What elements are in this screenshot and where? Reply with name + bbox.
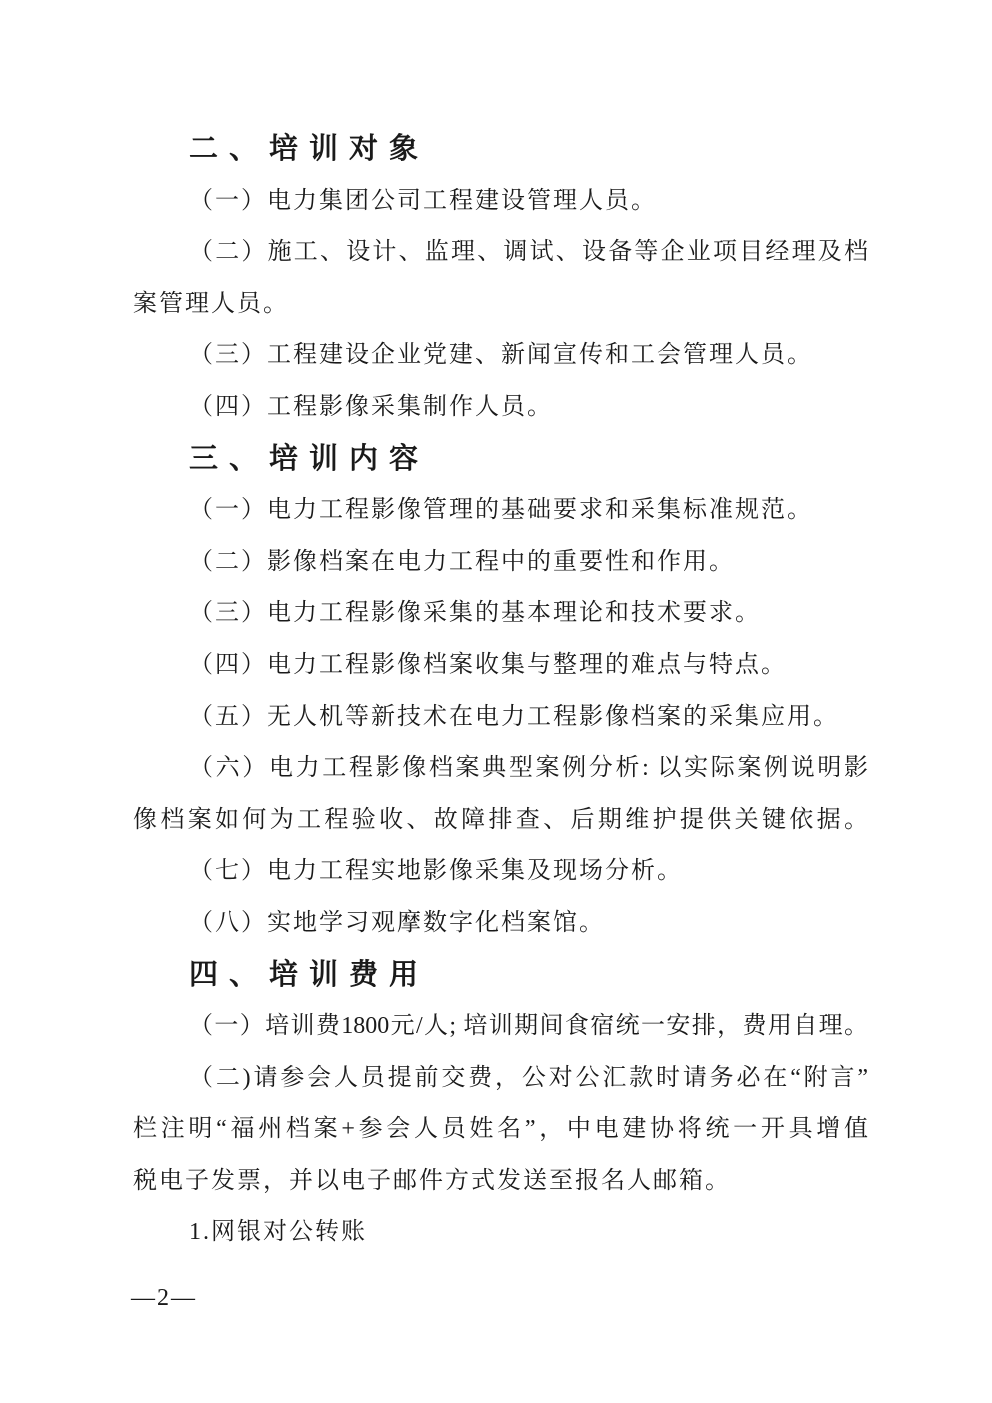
paragraph-line: （二）影像档案在电力工程中的重要性和作用。 bbox=[133, 537, 868, 589]
paragraph-line: （二)请参会人员提前交费，公对公汇款时请务必在“附言” bbox=[133, 1053, 868, 1105]
page-number: —2— bbox=[131, 1283, 197, 1313]
paragraph-line: （三）工程建设企业党建、新闻宣传和工会管理人员。 bbox=[133, 330, 868, 382]
paragraph-line: 1.网银对公转账 bbox=[133, 1207, 868, 1259]
section-heading: 二、培训对象 bbox=[133, 124, 868, 176]
paragraph-line: 像档案如何为工程验收、故障排查、后期维护提供关键依据。 bbox=[133, 795, 868, 847]
document-page: 二、培训对象（一）电力集团公司工程建设管理人员。（二）施工、设计、监理、调试、设… bbox=[0, 0, 992, 1403]
paragraph-line: （五）无人机等新技术在电力工程影像档案的采集应用。 bbox=[133, 692, 868, 744]
paragraph-line: （七）电力工程实地影像采集及现场分析。 bbox=[133, 846, 868, 898]
paragraph-line: （一）培训费1800元/人; 培训期间食宿统一安排，费用自理。 bbox=[133, 1001, 868, 1053]
paragraph-line: 税电子发票，并以电子邮件方式发送至报名人邮箱。 bbox=[133, 1156, 868, 1208]
paragraph-line: 栏注明“福州档案+参会人员姓名”，中电建协将统一开具增值 bbox=[133, 1104, 868, 1156]
paragraph-line: （六）电力工程影像档案典型案例分析: 以实际案例说明影 bbox=[133, 743, 868, 795]
paragraph-line: （一）电力工程影像管理的基础要求和采集标准规范。 bbox=[133, 485, 868, 537]
document-content: 二、培训对象（一）电力集团公司工程建设管理人员。（二）施工、设计、监理、调试、设… bbox=[133, 124, 868, 1259]
paragraph-line: （四）电力工程影像档案收集与整理的难点与特点。 bbox=[133, 640, 868, 692]
section-heading: 三、培训内容 bbox=[133, 434, 868, 486]
paragraph-line: （二）施工、设计、监理、调试、设备等企业项目经理及档 bbox=[133, 227, 868, 279]
paragraph-line: 案管理人员。 bbox=[133, 279, 868, 331]
paragraph-line: （三）电力工程影像采集的基本理论和技术要求。 bbox=[133, 588, 868, 640]
paragraph-line: （八）实地学习观摩数字化档案馆。 bbox=[133, 898, 868, 950]
paragraph-line: （一）电力集团公司工程建设管理人员。 bbox=[133, 176, 868, 228]
paragraph-line: （四）工程影像采集制作人员。 bbox=[133, 382, 868, 434]
section-heading: 四、培训费用 bbox=[133, 950, 868, 1002]
